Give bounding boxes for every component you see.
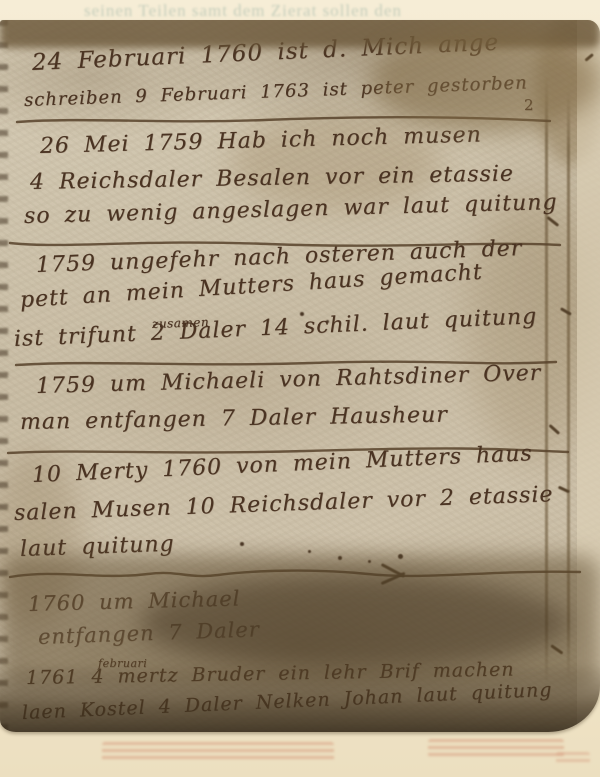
ghost-showthrough-bottom [556,752,590,764]
ink-speck [240,542,244,546]
ink-speck [300,312,304,316]
stain-dark-lower-blot [140,575,570,670]
ink-speck [326,320,329,323]
ghost-showthrough-top-text: seinen Teilen samt dem Zierat sollen den [84,1,524,21]
book-page: seinen Teilen samt dem Zierat sollen den… [0,0,600,777]
manuscript-line: man entfangen 7 Daler Hausheur [20,403,448,435]
ink-speck [308,550,311,553]
manuscript-line: ist trifunt 2 Daler 14 schil. laut quitu… [13,304,537,352]
ghost-showthrough-bottom [428,739,564,757]
ghost-showthrough-bottom [102,742,334,763]
stain-bottom-edge [0,663,600,732]
manuscript-photo: 24 Februari 1760 ist d. Mich ange schrei… [0,20,600,732]
manuscript-line: salen Musen 10 Reichsdaler vor 2 etassie [14,482,554,526]
stain-top-right [370,28,600,133]
manuscript-line: 4 Reichsdaler Besalen vor ein etassie [30,162,514,195]
